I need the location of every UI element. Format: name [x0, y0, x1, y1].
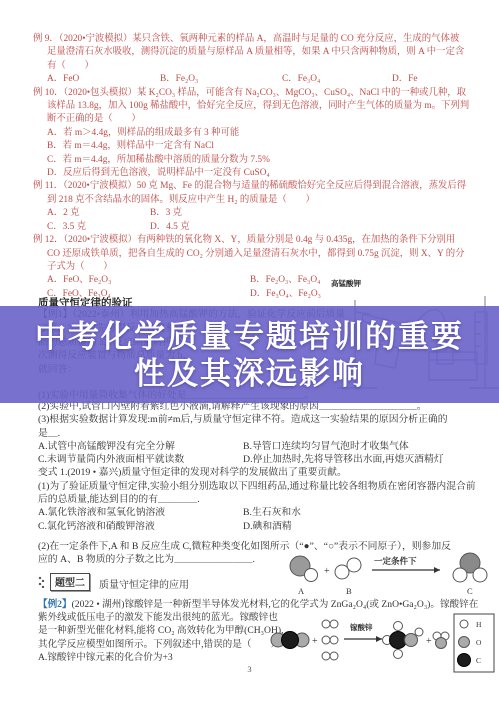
example1-option-d: D.停止加热时,先将导管移出水面,再熄灭酒精灯 [243, 453, 488, 466]
reaction-model-diagram: + 镓酸锌 + H O C [268, 612, 496, 676]
example1-question3-line2: 是＿. [38, 427, 488, 440]
molecule-reaction-abc-diagram: + 一定条件下 A B C [278, 550, 493, 597]
variant1-question1-line1: (1)为了验证质量守恒定律,实验小组分别选取以下四组药品,通过称量比较各组物质在… [38, 480, 488, 493]
label-a: A [298, 586, 305, 596]
q11-options-row1: A．2 克 B．3 克 [33, 207, 483, 220]
example1-option-b: B.导管口连续均匀冒气泡时才收集气体 [243, 440, 488, 453]
condition-label: 一定条件下 [374, 556, 417, 566]
q12-line1: 例 12．（2020•宁波模拟）有两种铁的氧化物 X、Y，质量分别是 0.4g … [33, 234, 483, 247]
q10-option-a: A．若 m＞4.4g，则样品的组成最多有 3 种可能 [33, 127, 483, 140]
q9-option-b: B．Fe₂O₃ [160, 73, 282, 86]
ch3oh-h-atom4 [415, 628, 423, 636]
example2-line3: 是一种新型光催化材料,能将 CO₂ 高效转化为甲醇(CH₃OH), [38, 624, 270, 637]
variant1-intro: 变式 1.(2019 • 嘉兴)质量守恒定律的发现对科学的发展做出了重要贡献。 [38, 466, 488, 479]
variant1-option-c: C.氯化钙溶液和硝酸钾溶液 [38, 520, 243, 533]
molecule-c-small-atom1 [453, 568, 467, 582]
q10-line1: 例 10．（2020•包头模拟）某 K₂CO₃ 样品，可能含有 Na₂CO₃、M… [33, 87, 483, 100]
topic2-row: 题型二 质量守恒定律的应用 [38, 573, 189, 591]
q11-line2: 到 218 克不含结晶水的固体。则反应中产生 H₂ 的质量是（ ） [33, 194, 483, 207]
h2o-oxygen-atom [436, 638, 447, 649]
example2-line4: 其化学反应模型如图所示。下列叙述中,错误的是（ ） [38, 638, 270, 651]
q10-line2: 该样品 13.8g，加入 100g 稀盐酸中，恰好完全反应，得到无色溶液，同时产… [33, 100, 483, 113]
example2-marker: 【例2】 [38, 599, 72, 610]
variant1-option-d: D.碘和酒精 [243, 520, 488, 533]
hydrogen-molecules [322, 620, 338, 660]
badge-dots-icon [38, 576, 45, 588]
plus-sign-1: + [312, 636, 318, 647]
q9-option-d: D．Fe [392, 73, 483, 86]
catalyst-label: 镓酸锌 [350, 622, 373, 632]
document-page: 例 9．（2020•宁波模拟）某只含铁、氧两种元素的样品 A，高温时与足量的 C… [0, 0, 499, 706]
topic2-badge: 题型二 [50, 573, 90, 591]
q12-line3: 子式为（ ） [33, 261, 483, 274]
q12-line2: CO 还原成铁单质，把各自生成的 CO₂ 分别通入足量澄清石灰水中，都得到 0.… [33, 248, 483, 261]
co2-carbon-atom [282, 632, 299, 649]
overlay-title-line1: 中考化学质量专题培训的重要 [35, 318, 464, 355]
title-overlay-banner: 中考化学质量专题培训的重要 性及其深远影响 [0, 306, 499, 403]
plus-sign: + [324, 566, 330, 577]
plus-sign-2: + [426, 636, 432, 647]
q12-option-a: A．FeO、Fe₂O₃ [47, 274, 250, 287]
variant1-options-row1: A.氯化铁溶液和氢氧化钠溶液 B.生石灰和水 [38, 506, 488, 519]
molecule-b-atom2 [347, 558, 361, 572]
q9-option-c: C．Fe₃O₄ [282, 73, 392, 86]
topic2-heading: 质量守恒定律的应用 [95, 574, 189, 591]
example2-line2: 紫外线或低压电子的激发下能发出很纯的蓝光。镓酸锌也 [38, 611, 270, 624]
q9-line1: 例 9．（2020•宁波模拟）某只含铁、氧两种元素的样品 A，高温时与足量的 C… [33, 33, 483, 46]
example2-line1-text: (2022 • 湖州)镓酸锌是一种新型半导体发光材料,它的化学式为 ZnGa₂O… [72, 599, 479, 610]
q11-option-d: D．4.5 克 [150, 221, 483, 234]
molecule-a-small-atom [305, 569, 318, 582]
q11-option-c: C．3.5 克 [47, 221, 150, 234]
q10-line3: 断不正确的是（ ） [33, 113, 483, 126]
q11-option-a: A．2 克 [47, 207, 150, 220]
example1-option-a: A.试管中高锰酸钾没有完全分解 [38, 440, 243, 453]
legend-c-label: C [476, 656, 481, 665]
molecule-c-small-atom2 [473, 568, 487, 582]
q9-line3: 有（ ） [33, 60, 483, 73]
legend-h-label: H [476, 620, 482, 629]
example1-options-row1: A.试管中高锰酸钾没有完全分解 B.导管口连续均匀冒气泡时才收集气体 [38, 440, 488, 453]
ch3oh-oxygen-atom [405, 634, 418, 647]
variant1-option-a: A.氯化铁溶液和氢氧化钠溶液 [38, 506, 243, 519]
variant1-options-row2: C.氯化钙溶液和硝酸钾溶液 D.碘和酒精 [38, 520, 488, 533]
example1-question3-line1: (3)根据实验数据计算发现:m前≠m后,与质量守恒定律不符。造成这一实验结果的原… [38, 413, 488, 426]
q10-option-b: B．若 m＝4.4g，则样品中一定含有 NaCl [33, 140, 483, 153]
legend-o-icon [459, 637, 470, 648]
legend-o-label: O [476, 638, 482, 647]
label-c: C [467, 586, 473, 596]
atom-legend: H O C [454, 614, 494, 672]
example1-options-row2: C.未调节量筒内外液面相平就读数 D.停止加热时,先将导管移出水面,再熄灭酒精灯 [38, 453, 488, 466]
q10-option-c: C．若 m＝4.4g，所加稀盐酸中溶质的质量分数为 7.5% [33, 154, 483, 167]
q9-options: A．FeO B．Fe₂O₃ C．Fe₃O₄ D．Fe [33, 73, 483, 86]
q9-line2: 足量澄清石灰水吸收，测得沉淀的质量与原样品 A 质量相等，如果 A 中只含两种物… [33, 46, 483, 59]
ch3oh-h-atom1 [394, 622, 403, 631]
red-questions-section: 例 9．（2020•宁波模拟）某只含铁、氧两种元素的样品 A，高温时与足量的 C… [33, 33, 483, 301]
q11-option-b: B．3 克 [150, 207, 483, 220]
example2-line1: 【例2】(2022 • 湖州)镓酸锌是一种新型半导体发光材料,它的化学式为 Zn… [38, 598, 490, 611]
example1-questions-section: (2)实验中,试管口内壁附着紫红色小液滴,请解释产生该现象的原因＿＿＿＿＿＿＿＿… [38, 400, 488, 567]
reaction-arrow-head [434, 567, 440, 573]
example1-option-c: C.未调节量筒内外液面相平就读数 [38, 453, 243, 466]
q10-option-d: D．反应后得到无色溶液，说明样品中一定没有 CuSO₄ [33, 167, 483, 180]
q11-line1: 例 11．（2020•宁波模拟）50 克 Mg、Fe 的混合物与适量的稀硫酸恰好… [33, 180, 483, 193]
legend-c-icon [458, 654, 471, 667]
variant1-question1-line2: 后的总质量,能达到目的的有＿＿＿＿. [38, 493, 488, 506]
variant1-option-b: B.生石灰和水 [243, 506, 488, 519]
reaction-arrow2-head [376, 636, 382, 642]
q11-options-row2: C．3.5 克 D．4.5 克 [33, 221, 483, 234]
ch3oh-h-atom3 [394, 650, 403, 659]
q9-option-a: A．FeO [47, 73, 160, 86]
ch3oh-carbon-atom [390, 632, 407, 649]
example2-option-a: A.镓酸锌中镓元素的化合价为+3 [38, 651, 270, 664]
label-b: B [346, 586, 352, 596]
overlay-title-line2: 性及其深远影响 [134, 355, 365, 392]
legend-h-icon [460, 620, 468, 628]
